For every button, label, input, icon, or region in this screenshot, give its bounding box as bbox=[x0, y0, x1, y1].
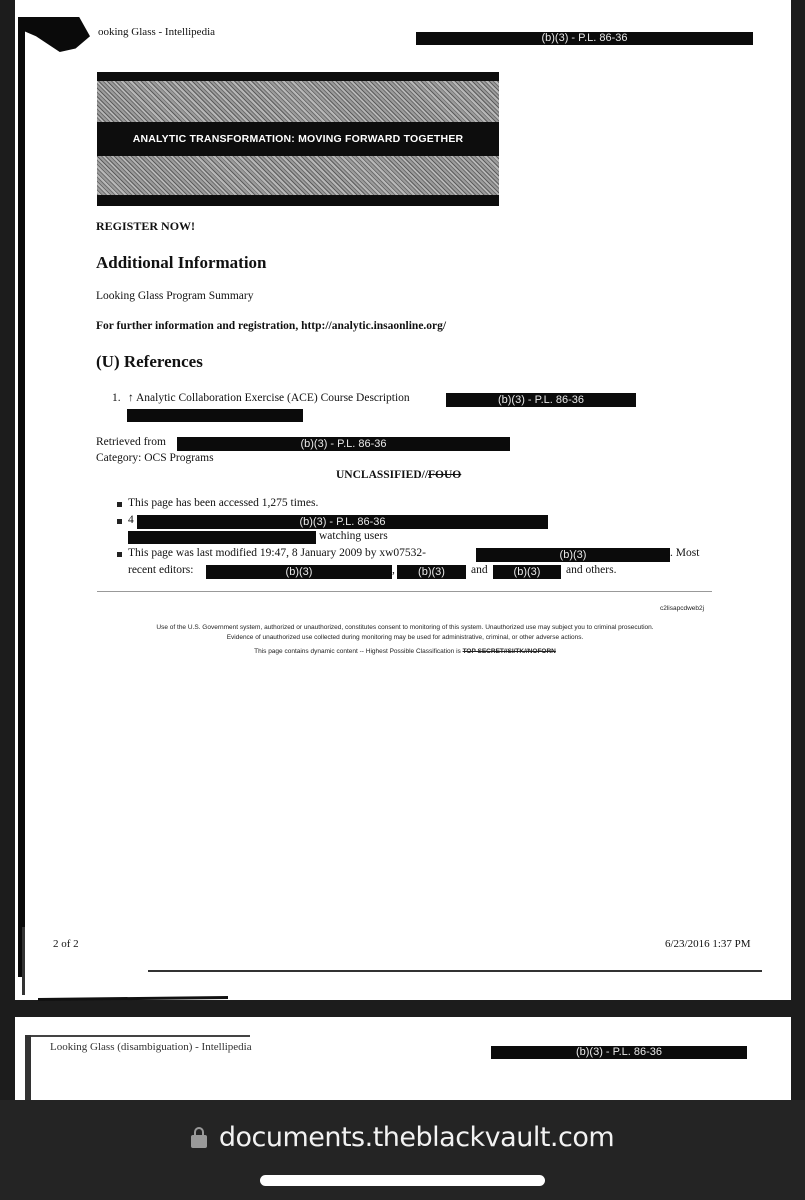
register-now[interactable]: REGISTER NOW! bbox=[96, 219, 195, 234]
scan-artifact-top bbox=[25, 1035, 250, 1037]
watching-count: 4 bbox=[128, 514, 134, 526]
scan-artifact-left-bar bbox=[18, 17, 25, 977]
redaction-editor-3: (b)(3) bbox=[493, 565, 561, 579]
redaction-header: (b)(3) - P.L. 86-36 bbox=[416, 32, 753, 45]
access-count: This page has been accessed 1,275 times. bbox=[128, 497, 318, 509]
program-summary-link[interactable]: Looking Glass Program Summary bbox=[96, 290, 253, 302]
lock-icon bbox=[191, 1127, 207, 1147]
scan-artifact-bottom bbox=[38, 996, 228, 1001]
notice-line-1: Use of the U.S. Government system, autho… bbox=[95, 624, 715, 631]
heading-additional-information: Additional Information bbox=[96, 253, 267, 273]
classification-marking: UNCLASSIFIED//FOUO bbox=[336, 469, 461, 481]
recent-editors-label: recent editors: bbox=[128, 564, 193, 576]
reference-text[interactable]: ↑ Analytic Collaboration Exercise (ACE) … bbox=[128, 392, 410, 404]
redaction-retrieved: (b)(3) - P.L. 86-36 bbox=[177, 437, 510, 451]
server-id: c2lisapcdweb2j bbox=[660, 605, 704, 612]
editors-and: and bbox=[471, 564, 488, 576]
banner-text: ANALYTIC TRANSFORMATION: MOVING FORWARD … bbox=[97, 122, 499, 156]
scan-artifact-margin bbox=[22, 927, 25, 995]
bullet bbox=[117, 552, 122, 557]
redaction-reference: (b)(3) - P.L. 86-36 bbox=[446, 393, 636, 407]
print-timestamp: 6/23/2016 1:37 PM bbox=[665, 938, 751, 950]
most-text: . Most bbox=[670, 547, 699, 559]
bullet bbox=[117, 519, 122, 524]
url-text: documents.theblackvault.com bbox=[219, 1122, 614, 1153]
redaction-watching-line2 bbox=[128, 531, 316, 544]
page-number: 2 of 2 bbox=[53, 938, 79, 950]
watching-users-label: watching users bbox=[319, 530, 388, 542]
last-modified-text: This page was last modified 19:47, 8 Jan… bbox=[128, 547, 426, 559]
retrieved-from-label: Retrieved from bbox=[96, 436, 166, 448]
scan-artifact-left bbox=[25, 1035, 31, 1100]
footer-rule bbox=[148, 970, 762, 972]
editors-others: and others. bbox=[566, 564, 616, 576]
redaction-editor-2: (b)(3) bbox=[397, 565, 466, 579]
reference-number: 1. bbox=[112, 392, 121, 404]
redaction-modifier: (b)(3) bbox=[476, 548, 670, 562]
page-header-title: ooking Glass - Intellipedia bbox=[98, 26, 215, 38]
bullet bbox=[117, 502, 122, 507]
home-indicator[interactable] bbox=[260, 1175, 545, 1186]
address-bar[interactable]: documents.theblackvault.com bbox=[0, 1122, 805, 1153]
page2-redaction-header: (b)(3) - P.L. 86-36 bbox=[491, 1046, 747, 1059]
category-link[interactable]: Category: OCS Programs bbox=[96, 452, 214, 464]
page2-header-title: Looking Glass (disambiguation) - Intelli… bbox=[50, 1041, 252, 1053]
heading-references: (U) References bbox=[96, 352, 203, 372]
notice-line-3: This page contains dynamic content -- Hi… bbox=[95, 648, 715, 655]
banner-image: ANALYTIC TRANSFORMATION: MOVING FORWARD … bbox=[97, 72, 499, 206]
redaction-reference-line2 bbox=[127, 409, 303, 422]
further-info-text[interactable]: For further information and registration… bbox=[96, 320, 446, 332]
redaction-editor-1: (b)(3) bbox=[206, 565, 392, 579]
editor-separator: , bbox=[392, 564, 395, 576]
notice-line-2: Evidence of unauthorized use collected d… bbox=[95, 634, 715, 641]
divider bbox=[97, 591, 712, 592]
redaction-watching: (b)(3) - P.L. 86-36 bbox=[137, 515, 548, 529]
